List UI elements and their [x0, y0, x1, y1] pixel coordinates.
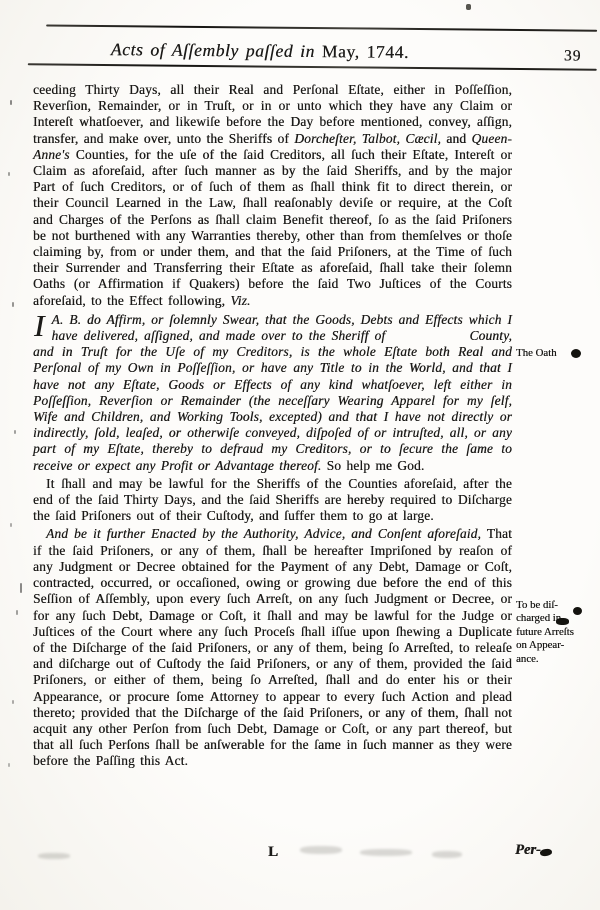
show-through-smudge: [360, 849, 412, 856]
body-paragraph-continuation: ceeding Thirty Days, all their Real and …: [33, 82, 512, 309]
scanned-page: Acts of Aſſembly paſſed in May, 1744. 39…: [0, 0, 600, 910]
edge-artifact: [14, 430, 16, 434]
text-column: ceeding Thirty Days, all their Real and …: [33, 82, 512, 770]
discharge-paragraph: It ſhall and may be lawful for the Sheri…: [33, 476, 512, 525]
ink-blot: [571, 349, 581, 358]
oath-initial-letter: I: [34, 313, 45, 339]
edge-artifact: [10, 100, 12, 105]
edge-artifact: [8, 763, 10, 767]
ink-blot: [556, 618, 569, 625]
edge-artifact: [16, 610, 18, 615]
header-rule-bottom: [28, 63, 597, 71]
show-through-smudge: [38, 853, 70, 859]
oath-text: A. B. do Affirm, or ſolemnly Swear, that…: [33, 312, 512, 473]
enacting-paragraph: And be it further Enacted by the Authori…: [33, 526, 512, 769]
page-number: 39: [564, 47, 582, 65]
catchword: Per-: [515, 842, 541, 859]
edge-artifact: [12, 700, 14, 704]
page-header: Acts of Aſſembly paſſed in May, 1744. 39: [0, 0, 600, 86]
edge-artifact: [8, 172, 10, 176]
running-title: Acts of Aſſembly paſſed in May, 1744.: [70, 39, 450, 64]
signature-mark: L: [268, 844, 279, 861]
ink-speck: [466, 4, 471, 10]
oath-paragraph: IA. B. do Affirm, or ſolemnly Swear, tha…: [33, 312, 512, 474]
edge-artifact: [10, 523, 12, 527]
ink-blot: [573, 607, 582, 615]
edge-artifact: [20, 583, 22, 593]
header-rule-top: [46, 24, 597, 31]
margin-note-discharge: To be diſ- charged in future Arreſts on …: [516, 599, 598, 666]
show-through-smudge: [432, 851, 462, 858]
edge-artifact: [12, 302, 14, 307]
margin-note-the-oath: The Oath: [516, 347, 598, 360]
ink-blot: [540, 848, 553, 857]
show-through-smudge: [300, 846, 342, 854]
